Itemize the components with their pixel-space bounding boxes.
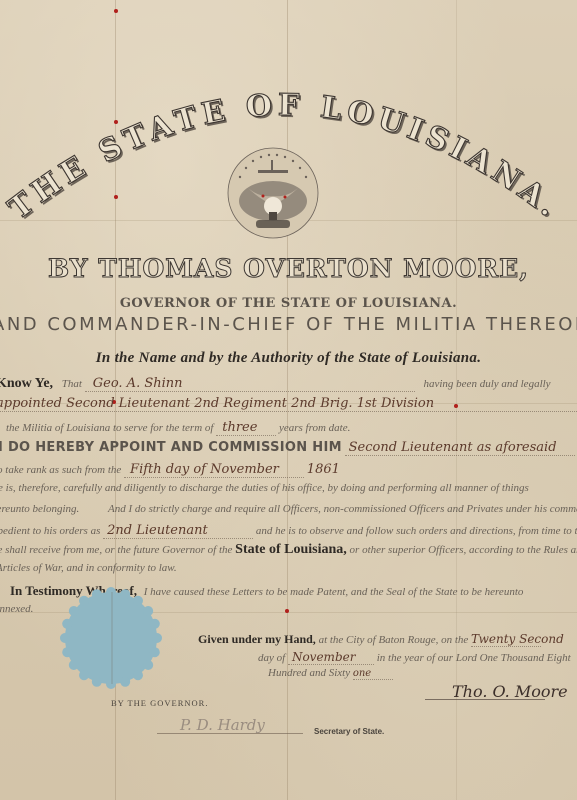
appointed-field: appointed Second Lieutenant 2nd Regiment… (0, 396, 577, 412)
term-handwritten: three (222, 420, 257, 435)
day-field: Twenty Second (471, 632, 541, 647)
charge-line: thereunto belonging. And I do strictly c… (0, 503, 577, 515)
superior-text: or other superior Officers, according to… (350, 544, 577, 556)
appoint-commission-text: I DO HEREBY APPOINT AND COMMISSION HIM (0, 440, 342, 455)
day-of-text: day of (258, 652, 285, 664)
know-ye-label: Know Ye, (0, 376, 53, 391)
belonging-text: thereunto belonging. (0, 503, 79, 515)
hundred-text: Hundred and Sixty (268, 667, 350, 679)
militia-text: the Militia of Louisiana to serve for th… (6, 422, 213, 434)
appointed-line: appointed Second Lieutenant 2nd Regiment… (0, 396, 577, 412)
month-handwritten: November (292, 650, 356, 664)
rank-field: Second Lieutenant as aforesaid (345, 440, 575, 456)
rank-from-line: to take rank as such from the Fifth day … (0, 462, 340, 478)
given-line: Given under my Hand, at the City of Bato… (198, 632, 541, 647)
articles-line: Articles of War, and in conformity to la… (0, 562, 177, 574)
charge-text: And I do strictly charge and require all… (108, 503, 577, 515)
pin-hole (285, 609, 289, 613)
hundred-line: Hundred and Sixty one (268, 667, 393, 680)
annexed-line: annexed. (0, 603, 33, 615)
having-been-text: having been duly and legally (423, 378, 550, 390)
name-field: Geo. A. Shinn (85, 376, 415, 392)
blue-wafer-seal (60, 587, 162, 689)
obedient-line: obedient to his orders as 2nd Lieutenant… (0, 523, 577, 539)
given-under-label: Given under my Hand, (198, 632, 316, 646)
month-field: November (288, 650, 374, 665)
receive-line: he shall receive from me, or the future … (0, 542, 577, 558)
governor-signature-line (425, 699, 545, 700)
secretary-signature-line (157, 733, 303, 734)
name-handwritten: Geo. A. Shinn (93, 376, 183, 391)
commander-line: AND COMMANDER-IN-CHIEF OF THE MILITIA TH… (0, 314, 569, 335)
testimony-text: I have caused these Letters to be made P… (144, 586, 524, 598)
obedient-field: 2nd Lieutenant (103, 523, 253, 539)
appointed-handwritten: appointed Second Lieutenant 2nd Regiment… (0, 396, 434, 411)
state-seal-icon (226, 146, 320, 240)
know-ye-line: Know Ye, That Geo. A. Shinn having been … (0, 376, 551, 392)
closing-year-field: one (353, 667, 393, 680)
that-label: That (62, 378, 82, 390)
pin-hole (114, 9, 118, 13)
obedient-handwritten: 2nd Lieutenant (107, 523, 208, 538)
years-from-date-text: years from date. (279, 422, 350, 434)
authority-line: In the Name and by the Authority of the … (0, 350, 577, 367)
date-field: Fifth day of November (124, 462, 304, 478)
receive-text: he shall receive from me, or the future … (0, 544, 232, 556)
day-handwritten: Twenty Second (471, 632, 564, 646)
rank-from-text: to take rank as such from the (0, 464, 121, 476)
appoint-line: I DO HEREBY APPOINT AND COMMISSION HIM S… (0, 440, 575, 456)
closing-year-handwritten: one (353, 668, 371, 679)
militia-line: the Militia of Louisiana to serve for th… (6, 420, 350, 436)
obedient-text: obedient to his orders as (0, 525, 100, 537)
governor-name-heading: BY THOMAS OVERTON MOORE, (0, 254, 577, 283)
year-handwritten: 1861 (307, 462, 340, 477)
secretary-signature: P. D. Hardy (180, 716, 265, 734)
secretary-of-state-label: Secretary of State. (314, 727, 384, 736)
term-field: three (216, 420, 276, 436)
observe-text: and he is to observe and follow such ord… (256, 525, 577, 537)
date-handwritten: Fifth day of November (130, 462, 279, 477)
rank-handwritten: Second Lieutenant as aforesaid (349, 440, 557, 455)
state-of-louisiana-text: State of Louisiana, (235, 542, 347, 557)
diligent-line: He is, therefore, carefully and diligent… (0, 482, 529, 494)
year-text: in the year of our Lord One Thousand Eig… (377, 652, 571, 664)
day-of-line: day of November in the year of our Lord … (258, 650, 571, 665)
by-the-governor-label: BY THE GOVERNOR. (111, 698, 208, 708)
given-text: at the City of Baton Rouge, on the (319, 634, 469, 646)
governor-title: GOVERNOR OF THE STATE OF LOUISIANA. (0, 296, 577, 311)
